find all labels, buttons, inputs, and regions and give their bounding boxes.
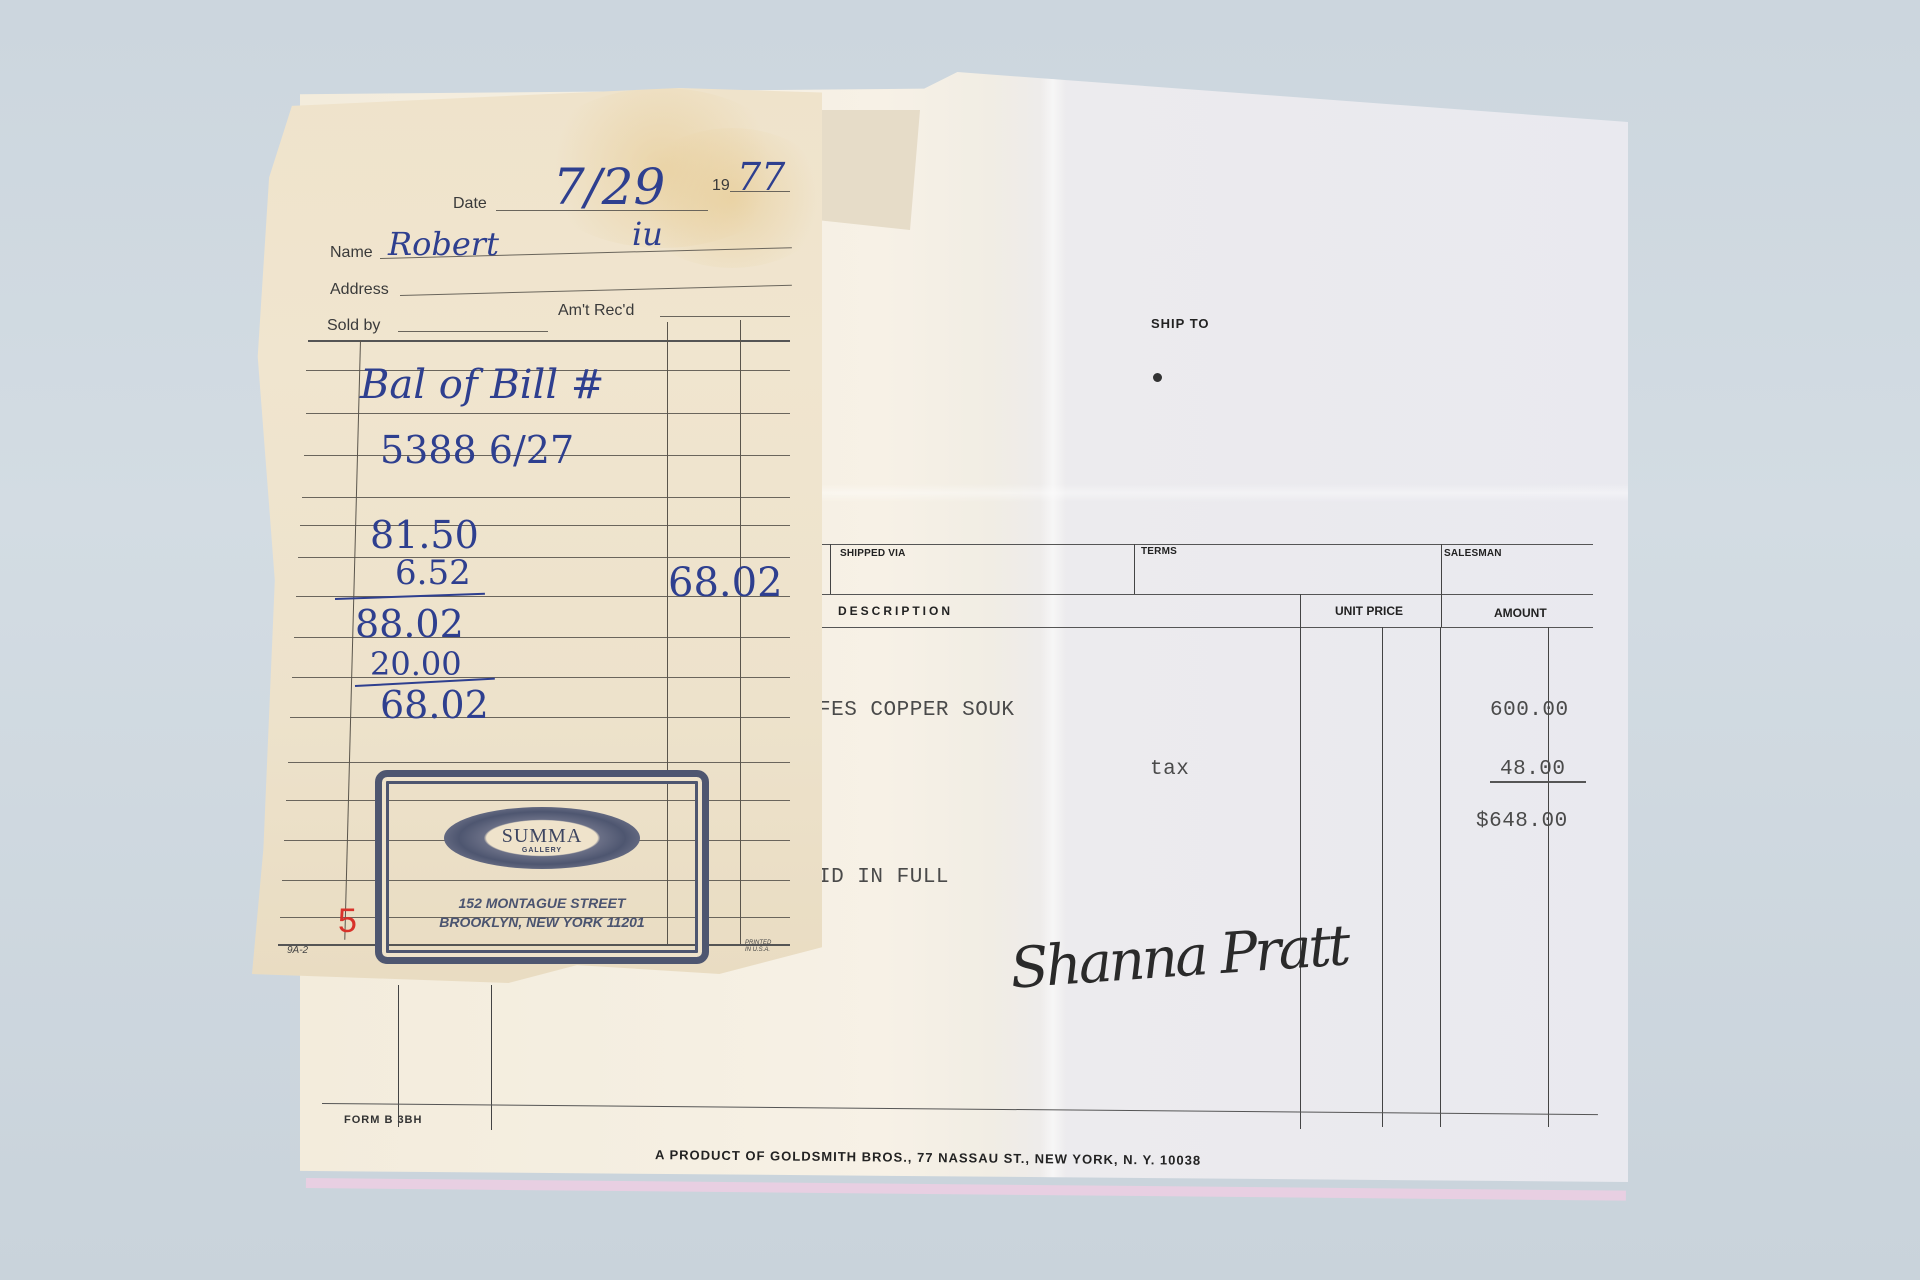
ship-to-label: SHIP TO bbox=[1151, 316, 1210, 331]
ruled-line bbox=[306, 413, 790, 414]
year-prefix: 19 bbox=[712, 177, 730, 195]
salesman-header: SALESMAN bbox=[1444, 548, 1502, 559]
punch-dot bbox=[1153, 373, 1162, 382]
printed-in-usa: PRINTED IN U.S.A. bbox=[745, 940, 775, 954]
ruled-line bbox=[290, 717, 790, 718]
header-bottom-rule bbox=[820, 627, 1593, 628]
header-mid-rule bbox=[820, 594, 1593, 595]
grid-line bbox=[1134, 544, 1135, 594]
stamp-gallery-subtitle: GALLERY bbox=[382, 847, 702, 854]
tax-amount: 48.00 bbox=[1500, 758, 1566, 781]
stamp-gallery-name: SUMMA bbox=[382, 825, 702, 848]
calc-total: 88.02 bbox=[355, 602, 464, 646]
summa-gallery-stamp: SUMMA GALLERY 152 MONTAGUE STREET BROOKL… bbox=[375, 770, 709, 964]
date-label: Date bbox=[453, 195, 487, 213]
total-amount: $648.00 bbox=[1476, 810, 1568, 833]
form-line bbox=[308, 340, 790, 342]
sold-by-label: Sold by bbox=[327, 317, 380, 335]
grid-line bbox=[1382, 627, 1383, 1127]
header-top-rule bbox=[820, 544, 1593, 545]
ruled-line bbox=[292, 677, 790, 678]
handwritten-bill-number: 5388 6/27 bbox=[380, 428, 574, 472]
receipt-form-code: 9A-2 bbox=[287, 945, 308, 956]
line-item-description: FES COPPER SOUK bbox=[818, 699, 1015, 722]
handwritten-name-end: iu bbox=[632, 215, 663, 253]
form-code: FORM B 3BH bbox=[344, 1114, 422, 1126]
handwritten-date: 7/29 bbox=[553, 158, 665, 216]
grid-line bbox=[398, 985, 399, 1127]
amount-header: AMOUNT bbox=[1494, 606, 1547, 620]
terms-header: TERMS bbox=[1141, 546, 1177, 557]
grid-line bbox=[1441, 544, 1442, 627]
grid-line bbox=[491, 985, 492, 1130]
paid-in-full-note: ID IN FULL bbox=[818, 866, 949, 889]
ruled-line bbox=[288, 762, 790, 763]
carbon-copy-edge bbox=[306, 1178, 1626, 1201]
subtotal-rule bbox=[1490, 781, 1586, 783]
line-item-amount: 600.00 bbox=[1490, 699, 1569, 722]
calc-balance: 68.02 bbox=[380, 683, 489, 727]
stamp-address-line2: BROOKLYN, NEW YORK 11201 bbox=[382, 914, 702, 930]
handwritten-name: Robert bbox=[388, 225, 499, 263]
handwritten-year: 77 bbox=[737, 155, 785, 199]
calc-paid: 20.00 bbox=[370, 645, 462, 683]
ruled-line bbox=[298, 557, 790, 558]
stamp-address-line1: 152 MONTAGUE STREET bbox=[382, 895, 702, 911]
calc-tax: 6.52 bbox=[395, 553, 471, 593]
grid-line bbox=[830, 544, 831, 594]
paper-tab bbox=[820, 110, 920, 230]
red-sequence-number: 5 bbox=[338, 902, 357, 941]
description-header: DESCRIPTION bbox=[838, 604, 953, 618]
calc-subtotal: 81.50 bbox=[370, 513, 479, 557]
ruled-line bbox=[302, 497, 790, 498]
grid-line bbox=[1440, 627, 1441, 1127]
amount-received-label: Am't Rec'd bbox=[558, 302, 634, 320]
grid-line bbox=[1300, 594, 1301, 1129]
form-line bbox=[398, 331, 548, 332]
handwritten-bal-of-bill: Bal of Bill # bbox=[360, 362, 604, 408]
shipped-via-header: SHIPPED VIA bbox=[840, 548, 906, 559]
column-line bbox=[740, 320, 741, 944]
name-label: Name bbox=[330, 244, 373, 262]
form-line bbox=[660, 316, 790, 317]
amount-column-value: 68.02 bbox=[668, 560, 783, 606]
unit-price-header: UNIT PRICE bbox=[1335, 604, 1403, 618]
address-label: Address bbox=[330, 281, 389, 299]
tax-label: tax bbox=[1150, 758, 1189, 781]
